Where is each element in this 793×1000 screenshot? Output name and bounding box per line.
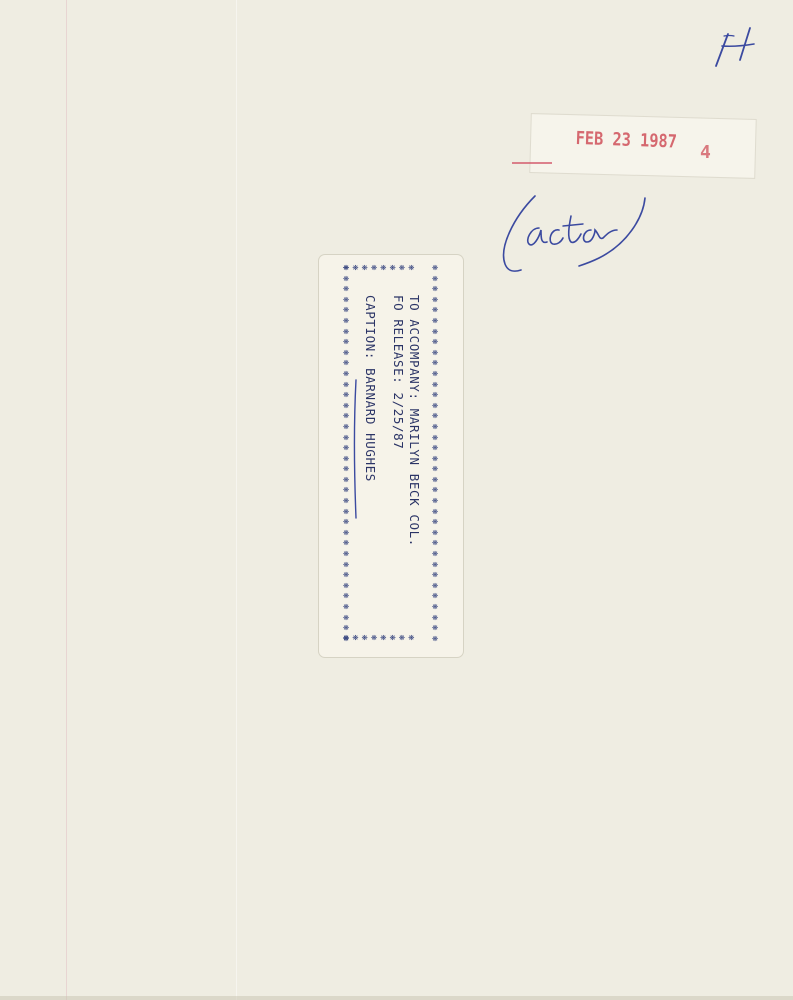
- handwritten-note-actor: (actor): [495, 188, 665, 278]
- label-line-release: FO RELEASE: 2/25/87: [391, 295, 406, 449]
- date-stamp-suffix: 4: [700, 142, 711, 163]
- paper-margin-line: [66, 0, 67, 1000]
- date-stamp: FEB 23 1987: [575, 128, 677, 153]
- label-border-bottom: ❋❋❋❋❋❋❋❋: [343, 633, 418, 643]
- handwritten-corner-mark: [712, 26, 756, 70]
- caption-label: ❋❋❋❋❋❋❋❋ ❋❋❋❋❋❋❋❋ ❋ ❋ ❋ ❋ ❋ ❋ ❋ ❋ ❋ ❋ ❋ …: [319, 255, 463, 657]
- label-line-accompany: TO ACCOMPANY: MARILYN BECK COL.: [407, 295, 422, 547]
- paper-bottom-edge: [0, 996, 793, 1000]
- label-border-right: ❋ ❋ ❋ ❋ ❋ ❋ ❋ ❋ ❋ ❋ ❋ ❋ ❋ ❋ ❋ ❋ ❋ ❋ ❋ ❋ …: [430, 263, 440, 644]
- photo-back-page: H FEB 23 1987 4 (actor) ❋❋❋❋❋❋❋❋ ❋❋❋❋❋❋❋…: [0, 0, 793, 1000]
- paper-fold-line: [236, 0, 237, 1000]
- red-pencil-mark: [512, 162, 552, 164]
- handwritten-underline: [350, 378, 362, 520]
- label-line-caption: CAPTION: BARNARD HUGHES: [363, 295, 378, 482]
- label-border-top: ❋❋❋❋❋❋❋❋: [343, 263, 418, 273]
